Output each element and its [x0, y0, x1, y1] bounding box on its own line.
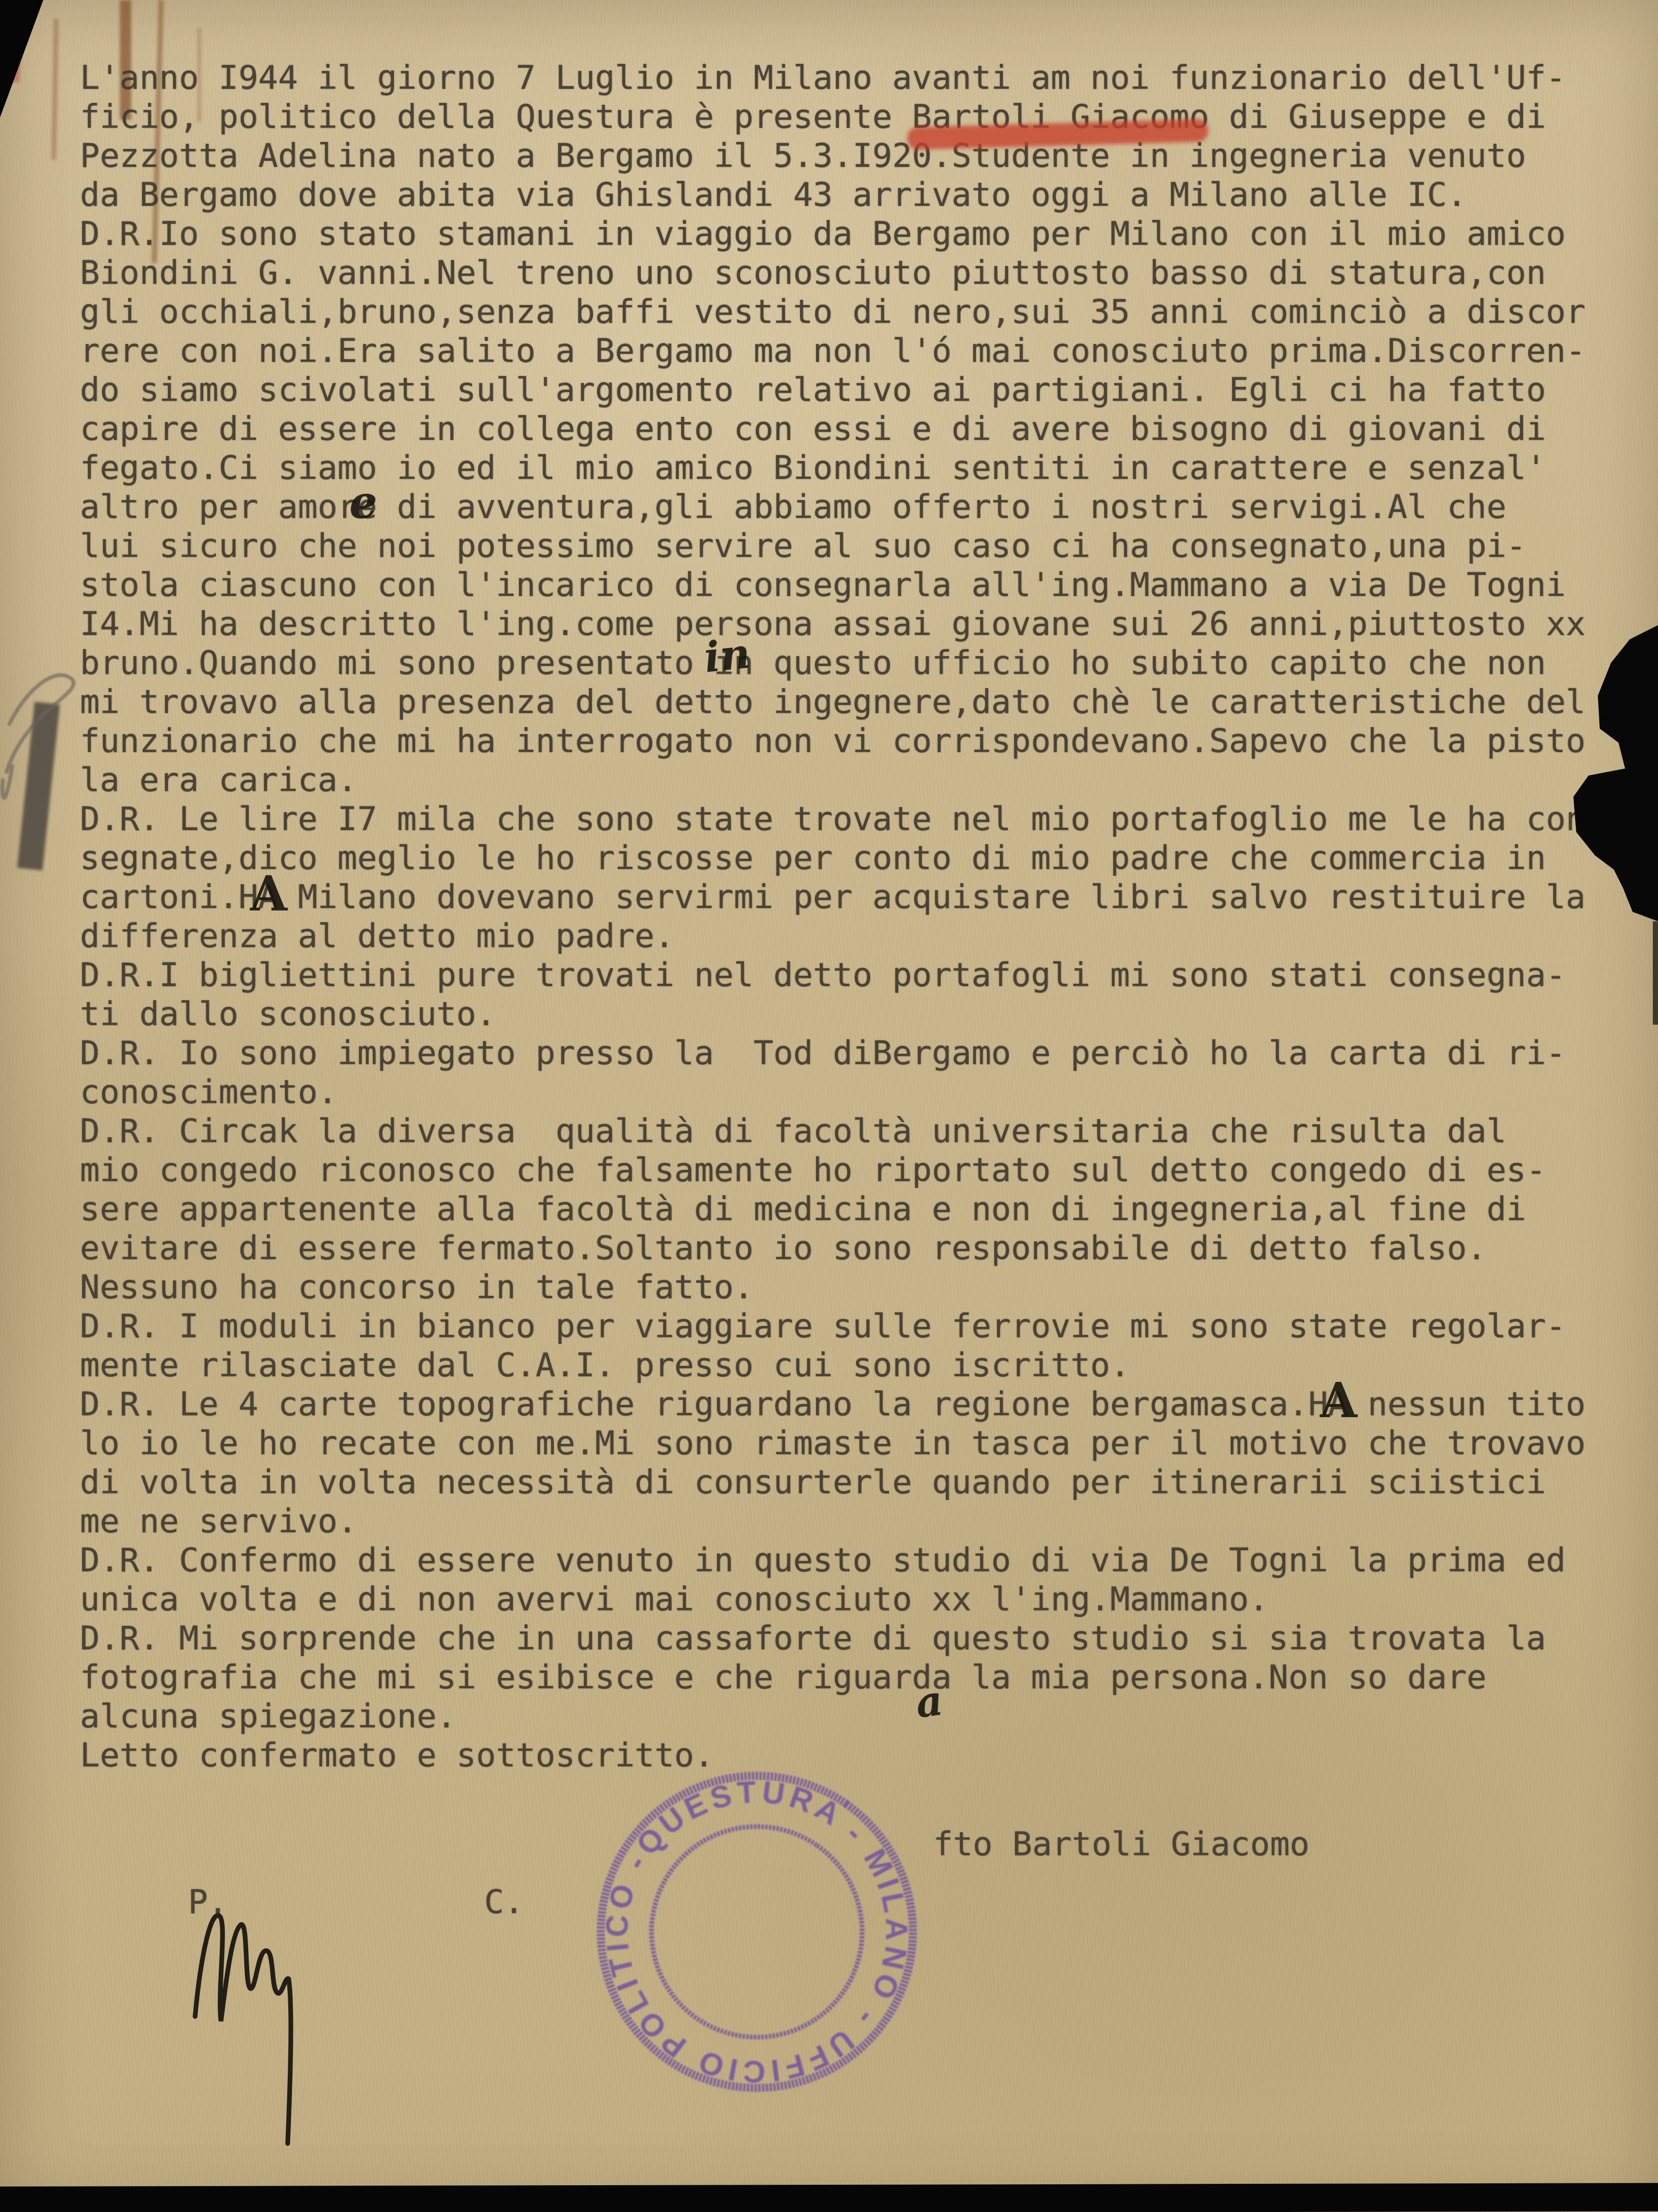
typed-text-body: L'anno I944 il giorno 7 Luglio in Milano… — [80, 58, 1627, 1775]
stamp-text: QUESTURA - MILANO - UFFICIO POLITICO - — [545, 1720, 968, 2143]
typed-line: fotografia che mi si esibisce e che rigu… — [80, 1658, 1627, 1697]
torn-edge-sliver — [1653, 921, 1658, 1025]
typed-line: capire di essere in collega ento con ess… — [80, 409, 1627, 448]
typed-line: D.R. Mi sorprende che in una cassaforte … — [80, 1619, 1627, 1658]
typed-line: do siamo scivolati sull'argomento relati… — [80, 370, 1627, 409]
typed-line: differenza al detto mio padre. — [80, 917, 1627, 956]
typed-line: D.R.Io sono stato stamani in viaggio da … — [80, 214, 1627, 253]
typed-line: mente rilasciate dal C.A.I. presso cui s… — [80, 1346, 1627, 1385]
signature — [141, 1871, 470, 2200]
typed-line: Nessuno ha concorso in tale fatto. — [80, 1268, 1627, 1307]
typed-line: evitare di essere fermato.Soltanto io so… — [80, 1229, 1627, 1268]
handwritten-a-correction: A — [1320, 1373, 1357, 1429]
attestation-line: fto Bartoli Giacomo — [933, 1825, 1310, 1863]
typed-line: la era carica. — [80, 761, 1627, 800]
typed-line: D.R.I bigliettini pure trovati nel detto… — [80, 956, 1627, 995]
pencil-margin-scribble — [0, 625, 122, 888]
typed-line: D.R. I moduli in bianco per viaggiare su… — [80, 1307, 1627, 1346]
typed-line: di volta in volta necessità di consurter… — [80, 1463, 1627, 1502]
footer-initial-c: C. — [484, 1883, 524, 1921]
typed-line: mio congedo riconosco che falsamente ho … — [80, 1151, 1627, 1190]
typed-line: mi trovavo alla presenza del detto ingeg… — [80, 682, 1627, 722]
typed-line: da Bergamo dove abita via Ghislandi 43 a… — [80, 175, 1627, 214]
questura-round-stamp-icon: QUESTURA - MILANO - UFFICIO POLITICO - — [545, 1720, 968, 2143]
typed-line: unica volta e di non avervi mai conosciu… — [80, 1580, 1627, 1619]
typed-line: D.R. Circak la diversa qualità di facolt… — [80, 1112, 1627, 1151]
typed-line: gli occhiali,bruno,senza baffi vestito d… — [80, 292, 1627, 331]
typed-line: Pezzotta Adelina nato a Bergamo il 5.3.I… — [80, 136, 1627, 175]
scan-bottom-edge — [0, 2183, 1658, 2212]
typed-line: altro per amore di avventura,gli abbiamo… — [80, 487, 1627, 526]
handwritten-a-correction: A — [250, 866, 287, 922]
typed-line: lui sicuro che noi potessimo servire al … — [80, 526, 1627, 565]
handwritten-e-correction: e — [347, 475, 379, 530]
typed-line: sere appartenente alla facoltà di medici… — [80, 1190, 1627, 1229]
typed-line: I4.Mi ha descritto l'ing.come persona as… — [80, 604, 1627, 643]
typed-line: ficio, politico della Questura è present… — [80, 97, 1627, 136]
torn-edge — [1470, 541, 1658, 964]
typed-line: lo io le ho recate con me.Mi sono rimast… — [80, 1424, 1627, 1463]
typed-line: stola ciascuno con l'incarico di consegn… — [80, 565, 1627, 604]
typed-line: D.R. Confermo di essere venuto in questo… — [80, 1541, 1627, 1580]
typed-line: cartoni.HA Milano dovevano servirmi per … — [80, 878, 1627, 917]
typed-line: funzionario che mi ha interrogato non vi… — [80, 722, 1627, 761]
typed-line: conoscimento. — [80, 1073, 1627, 1112]
svg-text:QUESTURA - MILANO - UFFICIO PO: QUESTURA - MILANO - UFFICIO POLITICO - — [545, 1720, 968, 2143]
typed-line: D.R. Le 4 carte topografiche riguardano … — [80, 1385, 1627, 1424]
typed-line: me ne servivo. — [80, 1502, 1627, 1541]
typed-line: L'anno I944 il giorno 7 Luglio in Milano… — [80, 58, 1627, 97]
typed-line: ti dallo sconosciuto. — [80, 995, 1627, 1034]
typed-line: Biondini G. vanni.Nel treno uno sconosci… — [80, 253, 1627, 292]
typed-line: fegato.Ci siamo io ed il mio amico Biond… — [80, 448, 1627, 487]
typed-line: D.R. Le lire I7 mila che sono state trov… — [80, 800, 1627, 839]
typed-line: bruno.Quando mi sono presentato in quest… — [80, 643, 1627, 682]
typed-line: rere con noi.Era salito a Bergamo ma non… — [80, 331, 1627, 370]
typed-line: D.R. Io sono impiegato presso la Tod diB… — [80, 1034, 1627, 1073]
typed-line: segnate,dico meglio le ho riscosse per c… — [80, 839, 1627, 878]
handwritten-in-insertion: in — [702, 628, 753, 682]
scanned-document: L'anno I944 il giorno 7 Luglio in Milano… — [0, 0, 1658, 2212]
